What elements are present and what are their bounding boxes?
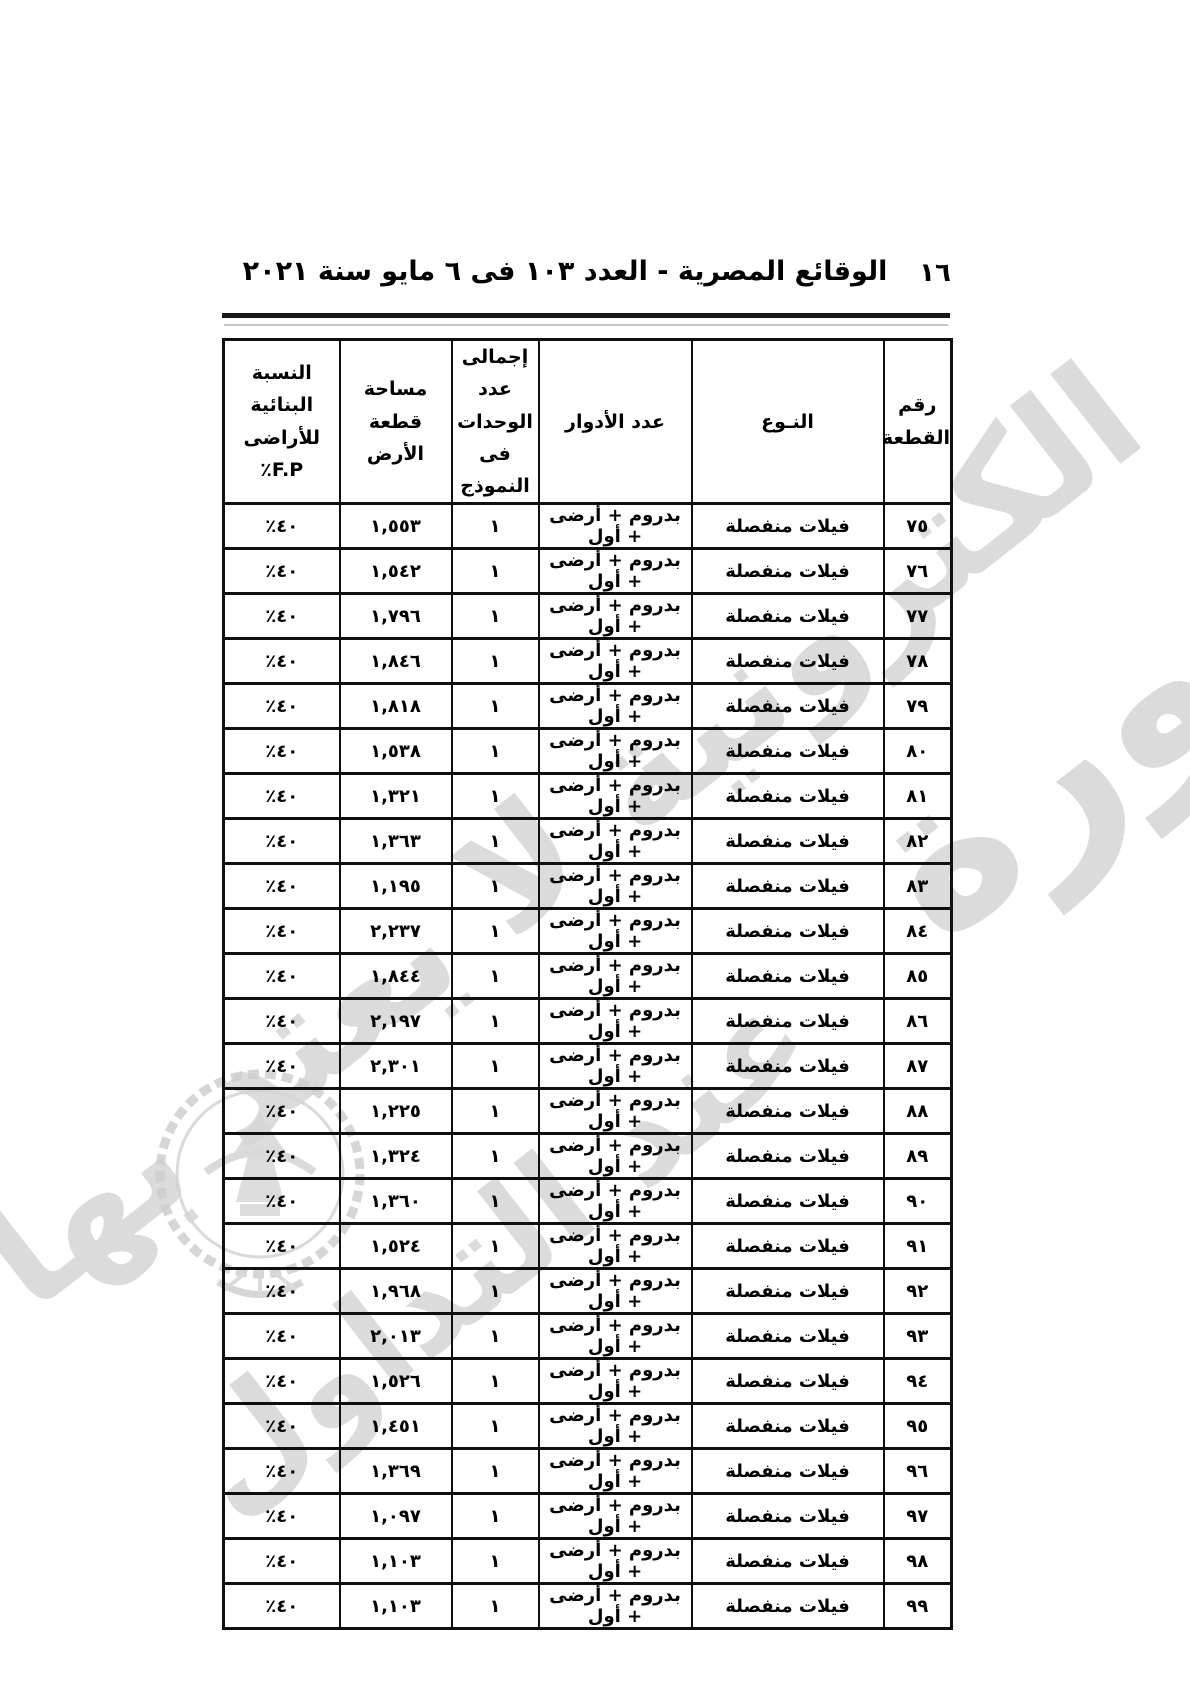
cell-type: فيلات منفصلة	[692, 1314, 884, 1359]
cell-floors: بدروم + أرضى + أول	[539, 999, 692, 1044]
cell-plot-number: ٩٣	[884, 1314, 952, 1359]
cell-floors: بدروم + أرضى + أول	[539, 954, 692, 999]
table-row: ٩٨فيلات منفصلةبدروم + أرضى + أول١١,١٠٣٤٠…	[224, 1539, 952, 1584]
plots-table: رقم القطعة النـوع عدد الأدوار إجمالى عدد…	[222, 338, 953, 1630]
cell-area: ١,٣٢٤	[340, 1134, 452, 1179]
table-row: ٨٢فيلات منفصلةبدروم + أرضى + أول١١,٣٦٣٤٠…	[224, 819, 952, 864]
cell-type: فيلات منفصلة	[692, 549, 884, 594]
cell-type: فيلات منفصلة	[692, 684, 884, 729]
cell-type: فيلات منفصلة	[692, 504, 884, 549]
table-row: ٩٦فيلات منفصلةبدروم + أرضى + أول١١,٣٦٩٤٠…	[224, 1449, 952, 1494]
header-rule-shadow	[224, 324, 948, 326]
cell-plot-number: ٩٨	[884, 1539, 952, 1584]
cell-units-total: ١	[452, 1224, 539, 1269]
col-header-units-total: إجمالى عدد الوحدات فى النموذج	[452, 340, 539, 504]
cell-plot-number: ٨٥	[884, 954, 952, 999]
cell-units-total: ١	[452, 819, 539, 864]
cell-plot-number: ٩٦	[884, 1449, 952, 1494]
cell-fp-percent: ٤٠٪	[224, 594, 340, 639]
cell-fp-percent: ٤٠٪	[224, 1089, 340, 1134]
cell-area: ٢,٠١٣	[340, 1314, 452, 1359]
cell-floors: بدروم + أرضى + أول	[539, 1224, 692, 1269]
cell-fp-percent: ٤٠٪	[224, 1269, 340, 1314]
cell-fp-percent: ٤٠٪	[224, 909, 340, 954]
col-header-fp-ratio: النسبة البنائية للأراضى F.P٪	[224, 340, 340, 504]
cell-area: ٢,٣٠١	[340, 1044, 452, 1089]
table-row: ٧٥فيلات منفصلةبدروم + أرضى + أول١١,٥٥٣٤٠…	[224, 504, 952, 549]
cell-fp-percent: ٤٠٪	[224, 999, 340, 1044]
cell-type: فيلات منفصلة	[692, 1449, 884, 1494]
cell-type: فيلات منفصلة	[692, 1089, 884, 1134]
cell-plot-number: ٧٧	[884, 594, 952, 639]
table-row: ٨٦فيلات منفصلةبدروم + أرضى + أول١٢,١٩٧٤٠…	[224, 999, 952, 1044]
header-rule	[222, 313, 950, 318]
cell-area: ١,٣٦٣	[340, 819, 452, 864]
cell-plot-number: ٨٧	[884, 1044, 952, 1089]
table-row: ٩٩فيلات منفصلةبدروم + أرضى + أول١١,١٠٣٤٠…	[224, 1584, 952, 1629]
cell-floors: بدروم + أرضى + أول	[539, 1134, 692, 1179]
table-row: ٧٩فيلات منفصلةبدروم + أرضى + أول١١,٨١٨٤٠…	[224, 684, 952, 729]
table-row: ٧٧فيلات منفصلةبدروم + أرضى + أول١١,٧٩٦٤٠…	[224, 594, 952, 639]
cell-units-total: ١	[452, 1359, 539, 1404]
cell-units-total: ١	[452, 1269, 539, 1314]
gazette-page: صورة الكترونية لا يعتد بها عند التداول ١…	[0, 0, 1190, 1683]
cell-area: ١,٣٢١	[340, 774, 452, 819]
cell-plot-number: ٧٥	[884, 504, 952, 549]
cell-area: ١,٤٥١	[340, 1404, 452, 1449]
cell-floors: بدروم + أرضى + أول	[539, 594, 692, 639]
cell-fp-percent: ٤٠٪	[224, 1134, 340, 1179]
cell-units-total: ١	[452, 774, 539, 819]
table-row: ٩٣فيلات منفصلةبدروم + أرضى + أول١٢,٠١٣٤٠…	[224, 1314, 952, 1359]
table-row: ٨١فيلات منفصلةبدروم + أرضى + أول١١,٣٢١٤٠…	[224, 774, 952, 819]
cell-area: ١,٨١٨	[340, 684, 452, 729]
cell-area: ١,٢٢٥	[340, 1089, 452, 1134]
cell-plot-number: ٧٦	[884, 549, 952, 594]
cell-fp-percent: ٤٠٪	[224, 504, 340, 549]
cell-fp-percent: ٤٠٪	[224, 684, 340, 729]
table-row: ٧٦فيلات منفصلةبدروم + أرضى + أول١١,٥٤٢٤٠…	[224, 549, 952, 594]
cell-type: فيلات منفصلة	[692, 729, 884, 774]
cell-type: فيلات منفصلة	[692, 639, 884, 684]
cell-fp-percent: ٤٠٪	[224, 1449, 340, 1494]
cell-floors: بدروم + أرضى + أول	[539, 1314, 692, 1359]
cell-units-total: ١	[452, 504, 539, 549]
cell-area: ١,٥٢٦	[340, 1359, 452, 1404]
table-row: ٩٤فيلات منفصلةبدروم + أرضى + أول١١,٥٢٦٤٠…	[224, 1359, 952, 1404]
cell-floors: بدروم + أرضى + أول	[539, 819, 692, 864]
cell-fp-percent: ٤٠٪	[224, 1404, 340, 1449]
cell-plot-number: ٩٩	[884, 1584, 952, 1629]
cell-fp-percent: ٤٠٪	[224, 549, 340, 594]
cell-fp-percent: ٤٠٪	[224, 1359, 340, 1404]
cell-units-total: ١	[452, 864, 539, 909]
cell-plot-number: ٩٠	[884, 1179, 952, 1224]
cell-area: ١,٧٩٦	[340, 594, 452, 639]
cell-area: ١,٥٣٨	[340, 729, 452, 774]
cell-type: فيلات منفصلة	[692, 1269, 884, 1314]
cell-area: ٢,١٩٧	[340, 999, 452, 1044]
cell-area: ١,٥٤٢	[340, 549, 452, 594]
cell-plot-number: ٨٣	[884, 864, 952, 909]
cell-units-total: ١	[452, 1044, 539, 1089]
table-header-row: رقم القطعة النـوع عدد الأدوار إجمالى عدد…	[224, 340, 952, 504]
cell-plot-number: ٨٠	[884, 729, 952, 774]
cell-type: فيلات منفصلة	[692, 1359, 884, 1404]
cell-floors: بدروم + أرضى + أول	[539, 504, 692, 549]
cell-units-total: ١	[452, 1179, 539, 1224]
table-row: ٩٠فيلات منفصلةبدروم + أرضى + أول١١,٣٦٠٤٠…	[224, 1179, 952, 1224]
cell-plot-number: ٨٢	[884, 819, 952, 864]
cell-type: فيلات منفصلة	[692, 1134, 884, 1179]
col-header-floors: عدد الأدوار	[539, 340, 692, 504]
cell-plot-number: ٩٢	[884, 1269, 952, 1314]
cell-type: فيلات منفصلة	[692, 954, 884, 999]
cell-plot-number: ٩٧	[884, 1494, 952, 1539]
cell-plot-number: ٧٩	[884, 684, 952, 729]
cell-floors: بدروم + أرضى + أول	[539, 1089, 692, 1134]
cell-area: ١,٥٢٤	[340, 1224, 452, 1269]
cell-floors: بدروم + أرضى + أول	[539, 549, 692, 594]
cell-type: فيلات منفصلة	[692, 594, 884, 639]
page-title: الوقائع المصرية - العدد ١٠٣ فى ٦ مايو سن…	[201, 256, 929, 287]
cell-plot-number: ٨٨	[884, 1089, 952, 1134]
cell-floors: بدروم + أرضى + أول	[539, 1404, 692, 1449]
cell-type: فيلات منفصلة	[692, 1494, 884, 1539]
cell-units-total: ١	[452, 999, 539, 1044]
cell-floors: بدروم + أرضى + أول	[539, 684, 692, 729]
cell-type: فيلات منفصلة	[692, 1224, 884, 1269]
table-row: ٨٩فيلات منفصلةبدروم + أرضى + أول١١,٣٢٤٤٠…	[224, 1134, 952, 1179]
cell-plot-number: ٧٨	[884, 639, 952, 684]
cell-floors: بدروم + أرضى + أول	[539, 909, 692, 954]
cell-fp-percent: ٤٠٪	[224, 1224, 340, 1269]
cell-area: ١,١٩٥	[340, 864, 452, 909]
cell-units-total: ١	[452, 909, 539, 954]
cell-plot-number: ٩١	[884, 1224, 952, 1269]
cell-units-total: ١	[452, 1134, 539, 1179]
cell-floors: بدروم + أرضى + أول	[539, 1269, 692, 1314]
cell-type: فيلات منفصلة	[692, 864, 884, 909]
cell-units-total: ١	[452, 684, 539, 729]
cell-fp-percent: ٤٠٪	[224, 819, 340, 864]
cell-units-total: ١	[452, 1089, 539, 1134]
cell-fp-percent: ٤٠٪	[224, 954, 340, 999]
cell-fp-percent: ٤٠٪	[224, 1044, 340, 1089]
cell-fp-percent: ٤٠٪	[224, 1314, 340, 1359]
cell-units-total: ١	[452, 729, 539, 774]
cell-fp-percent: ٤٠٪	[224, 1179, 340, 1224]
cell-type: فيلات منفصلة	[692, 999, 884, 1044]
cell-plot-number: ٩٤	[884, 1359, 952, 1404]
table-row: ٧٨فيلات منفصلةبدروم + أرضى + أول١١,٨٤٦٤٠…	[224, 639, 952, 684]
cell-area: ١,٣٦٠	[340, 1179, 452, 1224]
table-row: ٩٧فيلات منفصلةبدروم + أرضى + أول١١,٠٩٧٤٠…	[224, 1494, 952, 1539]
cell-type: فيلات منفصلة	[692, 909, 884, 954]
cell-type: فيلات منفصلة	[692, 1044, 884, 1089]
cell-floors: بدروم + أرضى + أول	[539, 1584, 692, 1629]
cell-floors: بدروم + أرضى + أول	[539, 1449, 692, 1494]
cell-type: فيلات منفصلة	[692, 1404, 884, 1449]
cell-area: ٢,٢٣٧	[340, 909, 452, 954]
cell-floors: بدروم + أرضى + أول	[539, 864, 692, 909]
cell-units-total: ١	[452, 954, 539, 999]
cell-floors: بدروم + أرضى + أول	[539, 1494, 692, 1539]
cell-area: ١,١٠٣	[340, 1584, 452, 1629]
cell-area: ١,١٠٣	[340, 1539, 452, 1584]
table-row: ٨٤فيلات منفصلةبدروم + أرضى + أول١٢,٢٣٧٤٠…	[224, 909, 952, 954]
table-row: ٩١فيلات منفصلةبدروم + أرضى + أول١١,٥٢٤٤٠…	[224, 1224, 952, 1269]
cell-units-total: ١	[452, 1584, 539, 1629]
cell-area: ١,٨٤٦	[340, 639, 452, 684]
cell-type: فيلات منفصلة	[692, 774, 884, 819]
cell-floors: بدروم + أرضى + أول	[539, 639, 692, 684]
table-row: ٨٧فيلات منفصلةبدروم + أرضى + أول١٢,٣٠١٤٠…	[224, 1044, 952, 1089]
cell-units-total: ١	[452, 1404, 539, 1449]
cell-fp-percent: ٤٠٪	[224, 864, 340, 909]
cell-plot-number: ٨٤	[884, 909, 952, 954]
cell-units-total: ١	[452, 1539, 539, 1584]
col-header-type: النـوع	[692, 340, 884, 504]
cell-plot-number: ٨١	[884, 774, 952, 819]
cell-type: فيلات منفصلة	[692, 1179, 884, 1224]
cell-floors: بدروم + أرضى + أول	[539, 729, 692, 774]
cell-floors: بدروم + أرضى + أول	[539, 1044, 692, 1089]
table-row: ٨٥فيلات منفصلةبدروم + أرضى + أول١١,٨٤٤٤٠…	[224, 954, 952, 999]
cell-floors: بدروم + أرضى + أول	[539, 774, 692, 819]
cell-floors: بدروم + أرضى + أول	[539, 1179, 692, 1224]
cell-fp-percent: ٤٠٪	[224, 729, 340, 774]
cell-plot-number: ٨٦	[884, 999, 952, 1044]
cell-plot-number: ٨٩	[884, 1134, 952, 1179]
cell-fp-percent: ٤٠٪	[224, 1539, 340, 1584]
cell-fp-percent: ٤٠٪	[224, 774, 340, 819]
cell-floors: بدروم + أرضى + أول	[539, 1539, 692, 1584]
cell-units-total: ١	[452, 594, 539, 639]
cell-area: ١,٠٩٧	[340, 1494, 452, 1539]
cell-type: فيلات منفصلة	[692, 819, 884, 864]
cell-units-total: ١	[452, 1449, 539, 1494]
cell-units-total: ١	[452, 639, 539, 684]
cell-area: ١,٨٤٤	[340, 954, 452, 999]
table-row: ٨٠فيلات منفصلةبدروم + أرضى + أول١١,٥٣٨٤٠…	[224, 729, 952, 774]
cell-units-total: ١	[452, 549, 539, 594]
cell-area: ١,٥٥٣	[340, 504, 452, 549]
cell-area: ١,٩٦٨	[340, 1269, 452, 1314]
cell-type: فيلات منفصلة	[692, 1539, 884, 1584]
table-row: ٨٣فيلات منفصلةبدروم + أرضى + أول١١,١٩٥٤٠…	[224, 864, 952, 909]
cell-fp-percent: ٤٠٪	[224, 1584, 340, 1629]
table-row: ٨٨فيلات منفصلةبدروم + أرضى + أول١١,٢٢٥٤٠…	[224, 1089, 952, 1134]
cell-units-total: ١	[452, 1494, 539, 1539]
cell-plot-number: ٩٥	[884, 1404, 952, 1449]
cell-fp-percent: ٤٠٪	[224, 1494, 340, 1539]
cell-units-total: ١	[452, 1314, 539, 1359]
cell-fp-percent: ٤٠٪	[224, 639, 340, 684]
cell-area: ١,٣٦٩	[340, 1449, 452, 1494]
col-header-plot-number: رقم القطعة	[884, 340, 952, 504]
cell-type: فيلات منفصلة	[692, 1584, 884, 1629]
cell-floors: بدروم + أرضى + أول	[539, 1359, 692, 1404]
table-row: ٩٥فيلات منفصلةبدروم + أرضى + أول١١,٤٥١٤٠…	[224, 1404, 952, 1449]
table-row: ٩٢فيلات منفصلةبدروم + أرضى + أول١١,٩٦٨٤٠…	[224, 1269, 952, 1314]
col-header-area: مساحة قطعة الأرض	[340, 340, 452, 504]
